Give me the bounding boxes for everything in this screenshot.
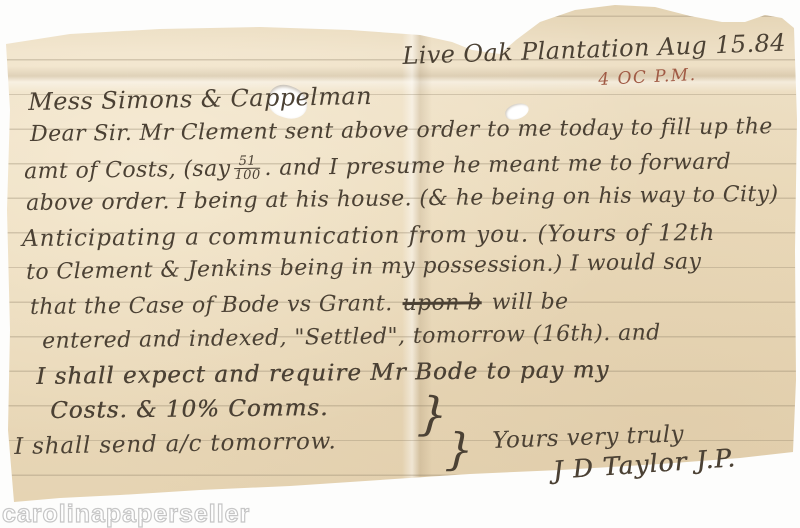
strikethrough-text: upon b [402,290,481,316]
letter-line: Anticipating a communication from you. (… [22,222,716,251]
seller-watermark: carolinapaperseller [2,500,250,528]
letter-line: Costs. & 10% Comms. [50,397,329,423]
letter-line-text: will be [492,289,569,315]
ink-brace: } [416,386,449,442]
letter-line-text: that the Case of Bode vs Grant. [30,291,393,320]
letter-line-text: amt of Costs, (say [24,156,231,184]
fraction-denominator: 100 [234,168,260,183]
ink-brace: } [444,424,474,476]
letter-line-text: . and I presume he meant me to forward [264,149,731,181]
letter-line: I shall send a/c tomorrow. [14,430,337,459]
addressee-line: Mess Simons & Cappelman [28,84,372,114]
fraction-numerator: 51 [239,154,257,169]
photo-background: Live Oak Plantation Aug 15.84 4 OC P.M. … [0,0,800,528]
cost-fraction: 51100 [234,156,260,183]
